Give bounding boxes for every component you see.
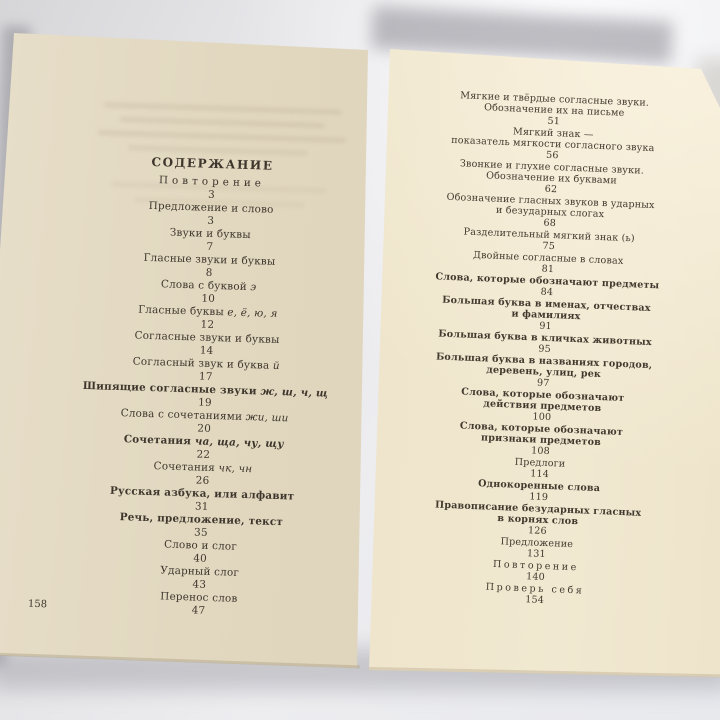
right-toc-list: Мягкие и твёрдые согласные звуки.Обознач…: [384, 88, 704, 612]
left-toc-list: Повторение3Предложение и слово3Звуки и б…: [43, 171, 367, 623]
right-toc: Мягкие и твёрдые согласные звуки.Обознач…: [384, 88, 704, 613]
left-page-number: 158: [28, 599, 47, 611]
left-toc: СОДЕРЖАНИЕ Повторение3Предложение и слов…: [43, 146, 368, 623]
book-photo: СОДЕРЖАНИЕ Повторение3Предложение и слов…: [0, 0, 720, 720]
